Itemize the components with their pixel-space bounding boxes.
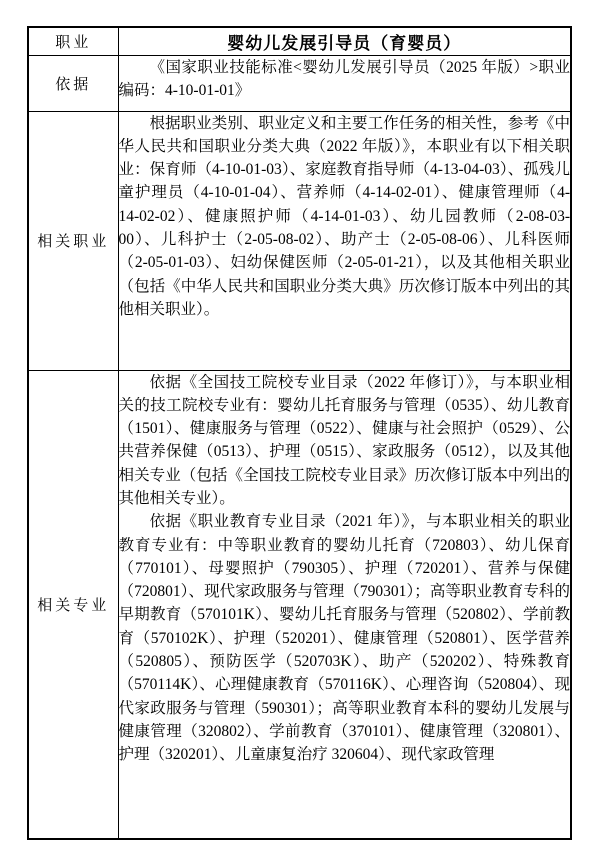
occupation-title: 婴幼儿发展引导员（育婴员） — [118, 27, 571, 55]
related-majors-clip: 依据《全国技工院校专业目录（2022 年修订）》，与本职业相关的技工院校专业有：… — [119, 371, 571, 837]
row-related-occupations: 相关职业 根据职业类别、职业定义和主要工作任务的相关性，参考《中华人民共和国职业… — [28, 111, 571, 370]
related-majors-paragraph-2: 依据《职业教育专业目录（2021 年）》，与本职业相关的职业教育专业有：中等职业… — [119, 510, 571, 766]
related-occupations-clip: 根据职业类别、职业定义和主要工作任务的相关性，参考《中华人民共和国职业分类大典（… — [119, 112, 571, 368]
row-label-related-occupations: 相关职业 — [28, 111, 118, 370]
row-label-basis: 依据 — [28, 55, 118, 111]
basis-clip: 《国家职业技能标准<婴幼儿发展引导员（2025 年版）>职业编码：4-10-01… — [119, 56, 571, 108]
row-occupation: 职业 婴幼儿发展引导员（育婴员） — [28, 27, 571, 55]
row-related-majors: 相关专业 依据《全国技工院校专业目录（2022 年修订）》，与本职业相关的技工院… — [28, 370, 571, 839]
document-page: 职业 婴幼儿发展引导员（育婴员） 依据 《国家职业技能标准<婴幼儿发展引导员（2… — [0, 0, 596, 867]
basis-cell: 《国家职业技能标准<婴幼儿发展引导员（2025 年版）>职业编码：4-10-01… — [118, 55, 571, 111]
basis-text: 《国家职业技能标准<婴幼儿发展引导员（2025 年版）>职业编码：4-10-01… — [119, 56, 571, 103]
related-majors-cell: 依据《全国技工院校专业目录（2022 年修订）》，与本职业相关的技工院校专业有：… — [118, 370, 571, 839]
related-majors-paragraph-1: 依据《全国技工院校专业目录（2022 年修订）》，与本职业相关的技工院校专业有：… — [119, 371, 571, 511]
row-label-related-majors: 相关专业 — [28, 370, 118, 839]
related-occupations-cell: 根据职业类别、职业定义和主要工作任务的相关性，参考《中华人民共和国职业分类大典（… — [118, 111, 571, 370]
row-basis: 依据 《国家职业技能标准<婴幼儿发展引导员（2025 年版）>职业编码：4-10… — [28, 55, 571, 111]
row-label-occupation: 职业 — [28, 27, 118, 55]
related-occupations-text: 根据职业类别、职业定义和主要工作任务的相关性，参考《中华人民共和国职业分类大典（… — [119, 112, 571, 322]
occupation-info-table: 职业 婴幼儿发展引导员（育婴员） 依据 《国家职业技能标准<婴幼儿发展引导员（2… — [27, 26, 572, 840]
